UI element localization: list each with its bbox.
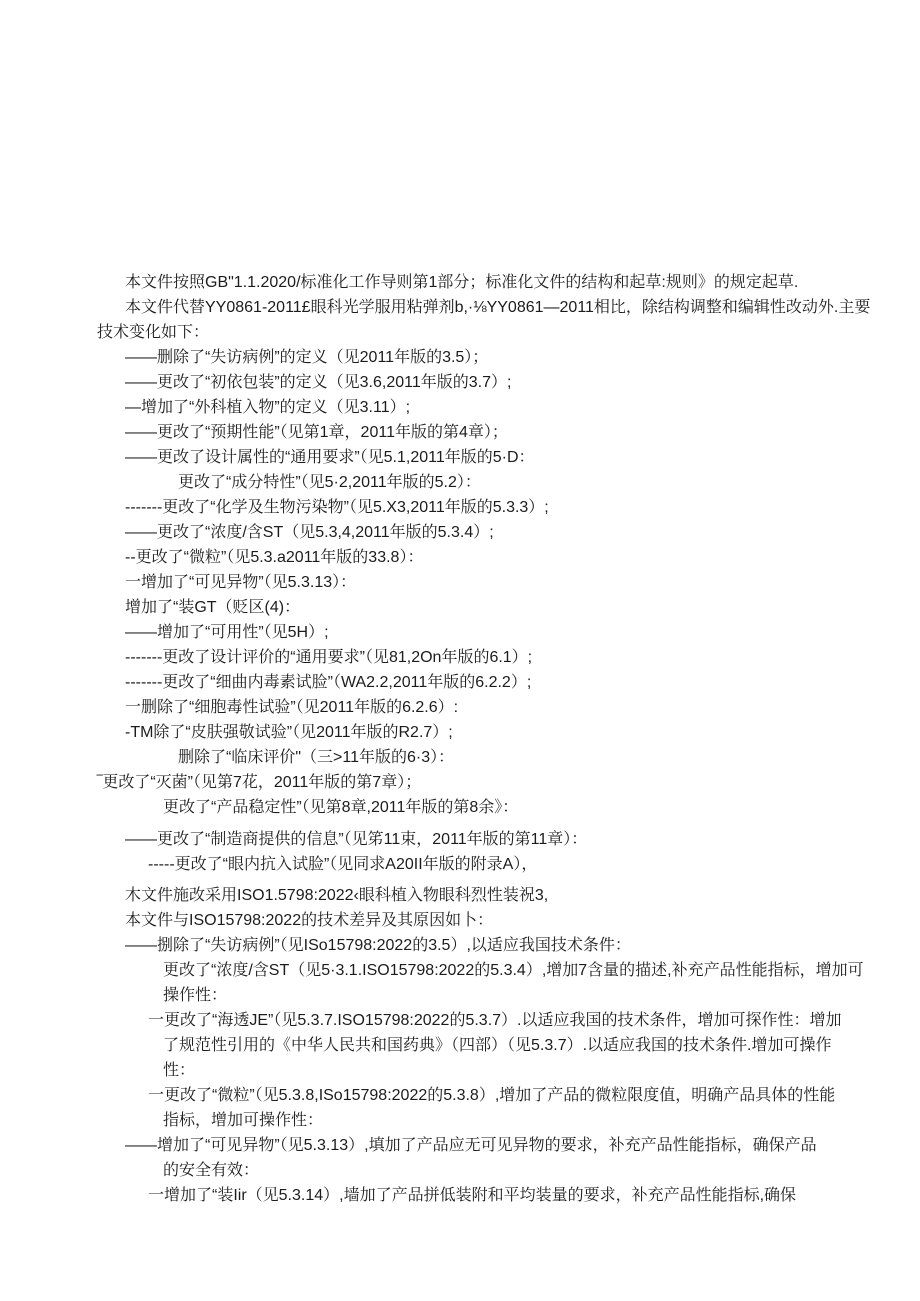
text-line: 性：: [97, 1058, 887, 1083]
text-line: -------更改了设计评价的“通用要求”（见81,2On年版的6.1）;: [97, 645, 887, 670]
text-line: 本文件与ISO15798:2022的技术差异及其原因如卜：: [97, 908, 887, 933]
text-line: 一删除了“细胞毒性试验”（见2011年版的6.2.6）:: [97, 695, 887, 720]
text-line: 增加了“装GT（贬区(4)：: [97, 595, 887, 620]
text-line: 一增加了“可见异物”（见5.3.13）：: [97, 570, 887, 595]
text-line: ‾更改了“灭菌”（见第7花，2011年版的第7章）；: [97, 770, 887, 795]
text-line: 了规范性引用的《中华人民共和国药典》（四部）（见5.3.7）.以适应我国的技术条…: [97, 1033, 887, 1058]
text-line: 木文件施改采用ISO1.5798:2022‹眼科植入物眼科烈性装祝3,: [97, 883, 887, 908]
foreword-text-block: 本文件按照GB"1.1.2020/标准化工作导则第1部分；标准化文件的结构和起草…: [97, 270, 887, 1208]
text-line: ——捌除了“失访病例”（见ISo15798:2022的3.5）,以适应我国技术条…: [97, 933, 887, 958]
text-line: 更改了“产品稳定性”（见第8章,2011年版的第8余》：: [97, 795, 887, 820]
text-line: 操作性：: [97, 983, 887, 1008]
text-line: ——更改了设计属性的“通用要求”（见5.1,2011年版的5·D：: [97, 445, 887, 470]
text-line: ——增加了“可见异物”（见5.3.13）,填加了产品应无可见异物的要求，补充产品…: [97, 1133, 887, 1158]
text-line: ——更改了“预期性能”（见第1章，2011年版的第4章）；: [97, 420, 887, 445]
text-line: ——增加了“可用性”（见5H）;: [97, 620, 887, 645]
text-line: -----更改了“眼内抗入试脸”（见同求A20II年版的附录A），: [97, 852, 887, 877]
text-line: 指标，增加可操作性：: [97, 1108, 887, 1133]
text-line: ——删除了“失访病例”的定义（见2011年版的3.5）；: [97, 345, 887, 370]
text-line: ——更改了“初依包装”的定义（见3.6,2011年版的3.7）;: [97, 370, 887, 395]
text-line: -TM除了“皮肤强敬试验”（见2011年版的R2.7）;: [97, 720, 887, 745]
text-line: 更改了“成分特性”（见5·2,2011年版的5.2）：: [97, 470, 887, 495]
text-line: 更改了“浓度/含ST（见5·3.1.ISO15798:2022的5.3.4）,增…: [97, 958, 887, 983]
text-line: ——更改了“制造商提供的信息”（见笫11束，2011年版的第11章）：: [97, 827, 887, 852]
text-line: 一增加了“装Iir（见5.3.14）,墙加了产品拼低装附和平均装量的要求，补充产…: [97, 1183, 887, 1208]
text-line: 一更改了“微粒”（见5.3.8,ISo15798:2022的5.3.8）,增加了…: [97, 1083, 887, 1108]
text-line: -------更改了“细曲内毒素试脸”（WA2.2,2011年版的6.2.2）;: [97, 670, 887, 695]
text-line: 的安全有效：: [97, 1158, 887, 1183]
document-page: 本文件按照GB"1.1.2020/标准化工作导则第1部分；标准化文件的结构和起草…: [0, 0, 920, 1301]
text-line: 本文件按照GB"1.1.2020/标准化工作导则第1部分；标准化文件的结构和起草…: [97, 270, 887, 295]
text-line: 本文件代替YY0861-2011£眼科光学服用粘弹剂b,·⅛YY0861—201…: [97, 295, 887, 320]
text-line: ——更改了“浓度/含ST（见5.3,4,2011年版的5.3.4）;: [97, 520, 887, 545]
text-line: -------更改了“化学及生物污染物”（见5.X3,2011年版的5.3.3）…: [97, 495, 887, 520]
text-line: 删除了“临床评价"（三>11年版的6·3）：: [97, 745, 887, 770]
text-line: —增加了“外科植入物”的定义（见3.11）;: [97, 395, 887, 420]
text-line: --更改了“微粒”（见5.3.a2011年版的33.8）：: [97, 545, 887, 570]
text-line: 技术变化如下：: [97, 320, 887, 345]
text-line: 一更改了“海透JE”（见5.3.7.ISO15798:2022的5.3.7）.以…: [97, 1008, 887, 1033]
